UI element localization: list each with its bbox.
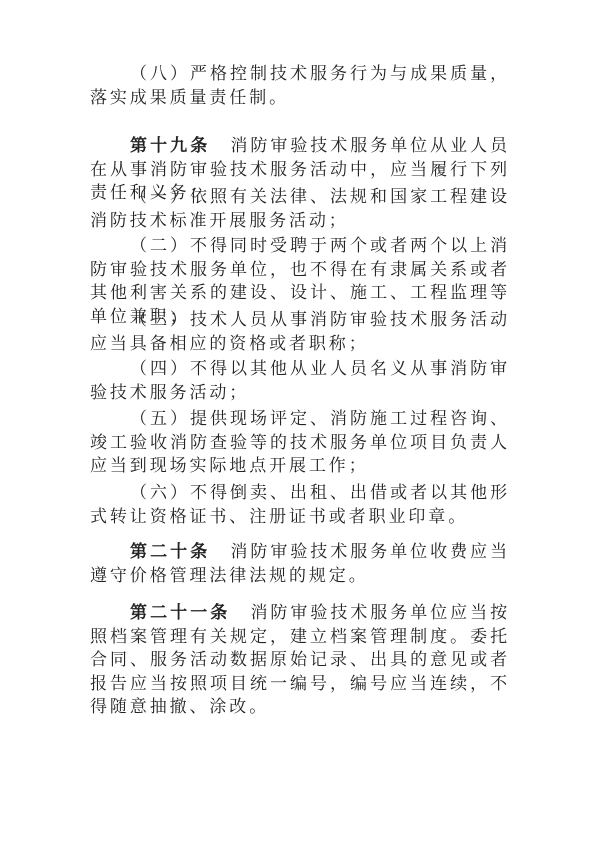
article-19-item-3: （三）技术人员从事消防审验技术服务活动应当具备相应的资格或者职称； bbox=[90, 309, 510, 356]
paragraph-text: （六）不得倒卖、出租、出借或者以其他形式转让资格证书、注册证书或者职业印章。 bbox=[90, 483, 510, 527]
article-number: 第二十一条 bbox=[130, 603, 230, 623]
article-21: 第二十一条消防审验技术服务单位应当按照档案管理有关规定，建立档案管理制度。委托合… bbox=[90, 602, 510, 720]
paragraph-item-8: （八）严格控制技术服务行为与成果质量，落实成果质量责任制。 bbox=[90, 63, 510, 110]
article-19-item-6: （六）不得倒卖、出租、出借或者以其他形式转让资格证书、注册证书或者职业印章。 bbox=[90, 482, 510, 529]
paragraph-text: （四）不得以其他从业人员名义从事消防审验技术服务活动； bbox=[90, 359, 510, 403]
article-19-item-4: （四）不得以其他从业人员名义从事消防审验技术服务活动； bbox=[90, 358, 510, 405]
article-number: 第十九条 bbox=[130, 136, 210, 156]
article-number: 第二十条 bbox=[130, 542, 210, 562]
article-19-item-5: （五）提供现场评定、消防施工过程咨询、竣工验收消防查验等的技术服务单位项目负责人… bbox=[90, 408, 510, 479]
paragraph-text: （一）依照有关法律、法规和国家工程建设消防技术标准开展服务活动； bbox=[90, 187, 510, 231]
paragraph-text: （八）严格控制技术服务行为与成果质量，落实成果质量责任制。 bbox=[90, 64, 510, 108]
paragraph-text: （三）技术人员从事消防审验技术服务活动应当具备相应的资格或者职称； bbox=[90, 310, 510, 354]
article-19-item-1: （一）依照有关法律、法规和国家工程建设消防技术标准开展服务活动； bbox=[90, 186, 510, 233]
article-20: 第二十条消防审验技术服务单位收费应当遵守价格管理法律法规的规定。 bbox=[90, 541, 510, 588]
paragraph-text: （五）提供现场评定、消防施工过程咨询、竣工验收消防查验等的技术服务单位项目负责人… bbox=[90, 409, 510, 476]
document-page: （八）严格控制技术服务行为与成果质量，落实成果质量责任制。 第十九条消防审验技术… bbox=[0, 0, 600, 848]
